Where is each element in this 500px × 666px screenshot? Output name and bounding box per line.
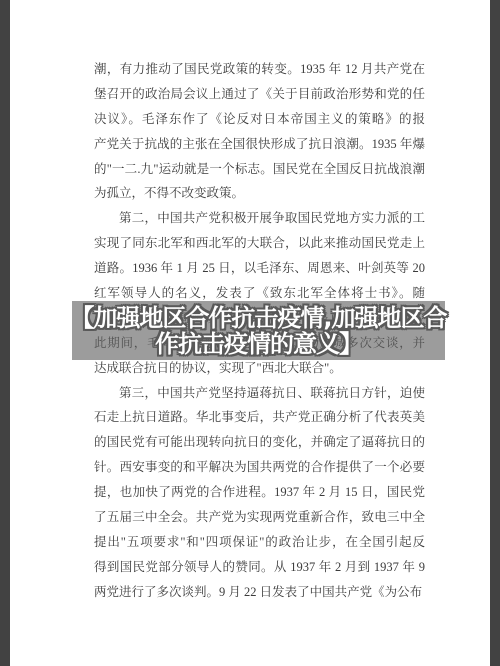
text-line: 的"一二.九"运动就是一个标志。国民党在全国反日抗战浪潮前极 xyxy=(94,157,425,182)
viewer-right-gutter xyxy=(490,0,500,666)
text-line: 第三，中国共产党坚持逼蒋抗日、联蒋抗日方针，迫使蒋介 xyxy=(94,381,425,406)
page-title: 【加强地区合作抗击疫情,加强地区合 作抗击疫情的意义】 xyxy=(72,301,445,360)
document-page: 潮，有力推动了国民党政策的转变。1935 年 12 月共产党在瓦窑 堡召开的政治… xyxy=(10,0,490,666)
text-line: 石走上抗日道路。华北事变后，共产党正确分析了代表英美利益 xyxy=(94,405,425,430)
text-line: 的国民党有可能出现转向抗日的变化，并确定了逼蒋抗日的方 xyxy=(94,430,425,455)
text-line: 道路。1936 年 1 月 25 日，以毛泽东、周恩来、叶剑英等 20 位 xyxy=(94,256,425,281)
text-line: 提出"五项要求"和"四项保证"的政治让步，在全国引起反响，并 xyxy=(94,530,425,555)
text-line: 两党进行了多次谈判。9 月 22 日发表了中国共产党《为公布国 xyxy=(94,580,425,605)
text-line: 潮，有力推动了国民党政策的转变。1935 年 12 月共产党在瓦窑 xyxy=(94,57,425,82)
page-title-line1: 【加强地区合作抗击疫情,加强地区合 xyxy=(70,305,446,331)
text-line: 得到国民党部分领导人的赞同。从 1937 年 2 月到 1937 年 9 月， xyxy=(94,555,425,580)
text-line: 为孤立，不得不改变政策。 xyxy=(94,181,425,206)
text-line: 了五届三中全会。共产党为实现两党重新合作，致电三中全会， xyxy=(94,505,425,530)
text-line: 堡召开的政治局会议上通过了《关于目前政治形势和党的任务的 xyxy=(94,82,425,107)
text-line: 针。西安事变的和平解决为国共两党的合作提供了一个必要前 xyxy=(94,455,425,480)
text-line: 产党关于抗战的主张在全国很快形成了抗日浪潮。1935 年爆发 xyxy=(94,132,425,157)
document-viewer: { "overlay": { "title_line1": "【加强地区合作抗击… xyxy=(0,0,500,666)
text-line: 提，也加快了两党的合作进程。1937 年 2 月 15 日，国民党召开 xyxy=(94,480,425,505)
page-title-line2: 作抗击疫情的意义】 xyxy=(155,331,362,357)
viewer-left-gutter xyxy=(0,0,10,666)
text-line: 实现了同东北军和西北军的大联合，以此来推动国民党走上抗战 xyxy=(94,231,425,256)
text-line: 决议》。毛泽东作了《论反对日本帝国主义的策略》的报告。共 xyxy=(94,107,425,132)
text-line: 第二，中国共产党积极开展争取国民党地方实力派的工作， xyxy=(94,206,425,231)
